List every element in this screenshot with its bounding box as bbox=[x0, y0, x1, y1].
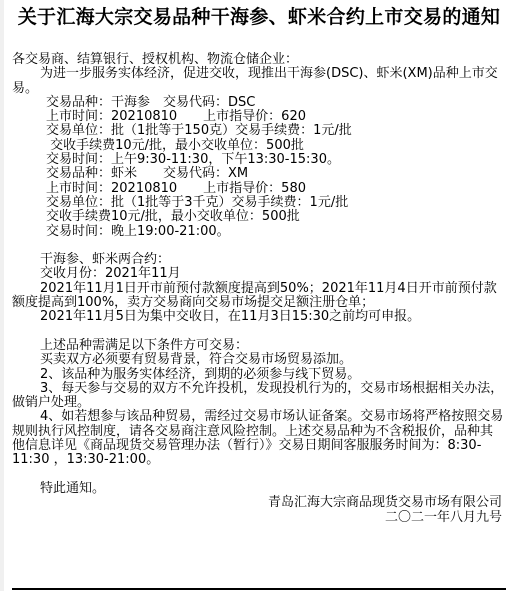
contracts-delivery-day: 2021年11月5日为集中交收日，在11月3日15:30之前均可申报。 bbox=[12, 310, 504, 324]
page-edge bbox=[0, 0, 4, 591]
contracts-prepay: 2021年11月1日开市前预付款额度提高到50%；2021年11月4日开市前预付… bbox=[12, 282, 504, 311]
product-listing-line: 上市时间：20210810 上市指导价：580 bbox=[12, 182, 504, 196]
spacer bbox=[12, 468, 504, 482]
signature-date: 二〇二一年八月九号 bbox=[12, 511, 504, 525]
condition-item: 4、如若想参与该品种贸易，需经过交易市场认证备案。交易市场将严格按照交易规则执行… bbox=[12, 410, 504, 467]
product-time-line: 交易时间：晚上19:00-21:00。 bbox=[12, 225, 504, 239]
condition-item: 买卖双方必须要有贸易背景，符合交易市场贸易添加。 bbox=[12, 353, 504, 367]
spacer bbox=[12, 325, 504, 339]
condition-item: 2、该品种为服务实体经济，到期的必须参与线下贸易。 bbox=[12, 368, 504, 382]
condition-item: 3、每天参与交易的双方不允许投机，发现投机行为的，交易市场根据相关办法，做销户处… bbox=[12, 382, 504, 411]
notice-body: 各交易商、结算银行、授权机构、物流仓储企业： 为进一步服务实体经济，促进交收，现… bbox=[12, 53, 504, 525]
product-delivery-line: 交收手续费10元/批，最小交收单位：500批 bbox=[12, 210, 504, 224]
spacer bbox=[12, 239, 504, 253]
notice-title: 关于汇海大宗交易品种干海参、虾米合约上市交易的通知 bbox=[14, 6, 504, 29]
product-dsc: 交易品种：干海参 交易代码：DSC 上市时间：20210810 上市指导价：62… bbox=[12, 96, 504, 167]
product-name-line: 交易品种：虾米 交易代码：XM bbox=[12, 167, 504, 181]
bottom-divider bbox=[12, 588, 506, 590]
contracts-month: 交收月份：2021年11月 bbox=[12, 267, 504, 281]
product-xm: 交易品种：虾米 交易代码：XM 上市时间：20210810 上市指导价：580 … bbox=[12, 167, 504, 238]
product-unit-line: 交易单位：批（1批等于150克）交易手续费：1元/批 bbox=[12, 124, 504, 138]
signature-company: 青岛汇海大宗商品现货交易市场有限公司 bbox=[12, 496, 504, 510]
product-delivery-line: 交收手续费10元/批，最小交收单位：500批 bbox=[12, 139, 504, 153]
intro-paragraph: 为进一步服务实体经济，促进交收，现推出干海参(DSC)、虾米(XM)品种上市交易… bbox=[12, 67, 504, 96]
